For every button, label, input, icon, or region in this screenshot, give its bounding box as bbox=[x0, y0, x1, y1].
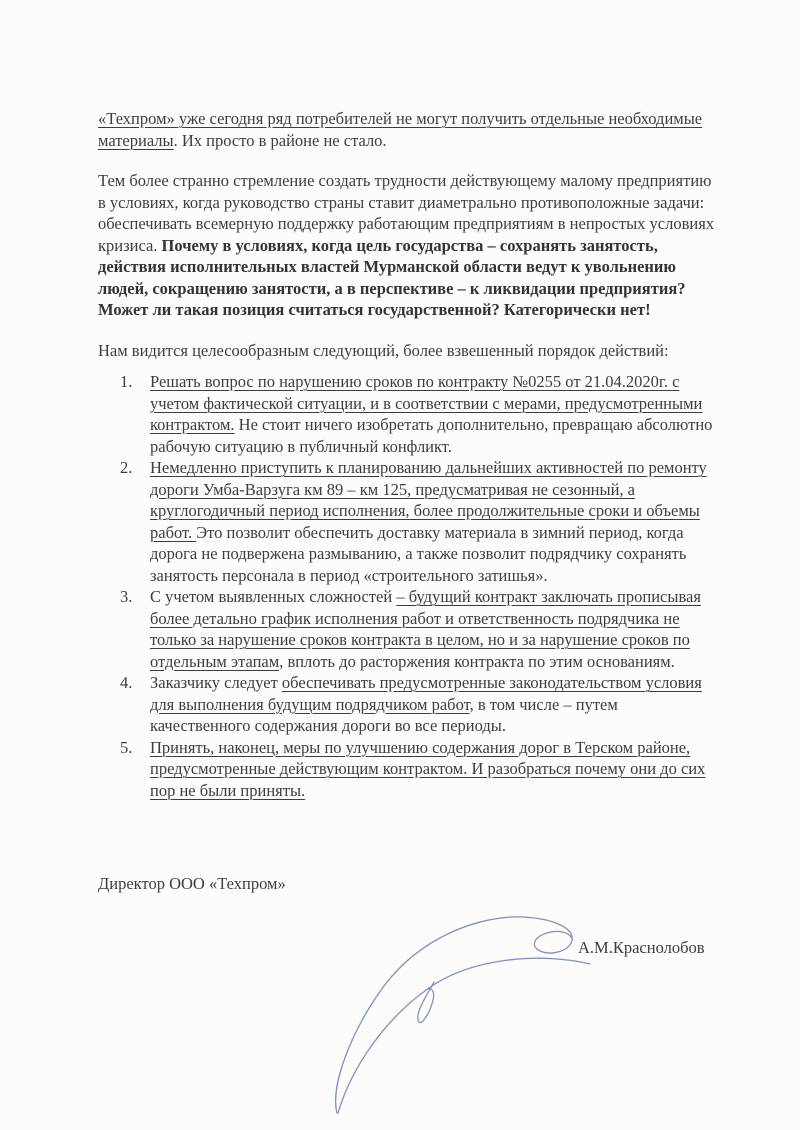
item-text: С учетом выявленных сложностей – будущий… bbox=[150, 586, 718, 672]
item-text: Немедленно приступить к планированию дал… bbox=[150, 457, 718, 586]
item-text: Решать вопрос по нарушению сроков по кон… bbox=[150, 371, 718, 457]
signature-hook bbox=[418, 982, 434, 1023]
action-item-3: 3. С учетом выявленных сложностей – буду… bbox=[98, 586, 718, 672]
paragraph-list-intro: Нам видится целесообразным следующий, бо… bbox=[98, 340, 718, 362]
action-item-1: 1. Решать вопрос по нарушению сроков по … bbox=[98, 371, 718, 457]
item-number: 3. bbox=[98, 586, 150, 672]
item-number: 5. bbox=[98, 737, 150, 802]
action-item-5: 5. Принять, наконец, меры по улучшению с… bbox=[98, 737, 718, 802]
paragraph-materials: «Техпром» уже сегодня ряд потребителей н… bbox=[98, 108, 718, 151]
item-text: Принять, наконец, меры по улучшению соде… bbox=[150, 737, 718, 802]
item-number: 4. bbox=[98, 672, 150, 737]
letter-body: «Техпром» уже сегодня ряд потребителей н… bbox=[98, 108, 718, 958]
action-items-list: 1. Решать вопрос по нарушению сроков по … bbox=[98, 371, 718, 801]
signature-return-arc bbox=[338, 958, 590, 1113]
signer-name: А.М.Краснолобов bbox=[98, 937, 718, 959]
signer-position-title: Директор ООО «Техпром» bbox=[98, 873, 718, 895]
item-number: 2. bbox=[98, 457, 150, 586]
paragraph-government-position: Тем более странно стремление создать тру… bbox=[98, 170, 718, 321]
item-number: 1. bbox=[98, 371, 150, 457]
item-text: Заказчику следует обеспечивать предусмот… bbox=[150, 672, 718, 737]
action-item-4: 4. Заказчику следует обеспечивать предус… bbox=[98, 672, 718, 737]
action-item-2: 2. Немедленно приступить к планированию … bbox=[98, 457, 718, 586]
scanned-letter-page: «Техпром» уже сегодня ряд потребителей н… bbox=[0, 0, 800, 1130]
